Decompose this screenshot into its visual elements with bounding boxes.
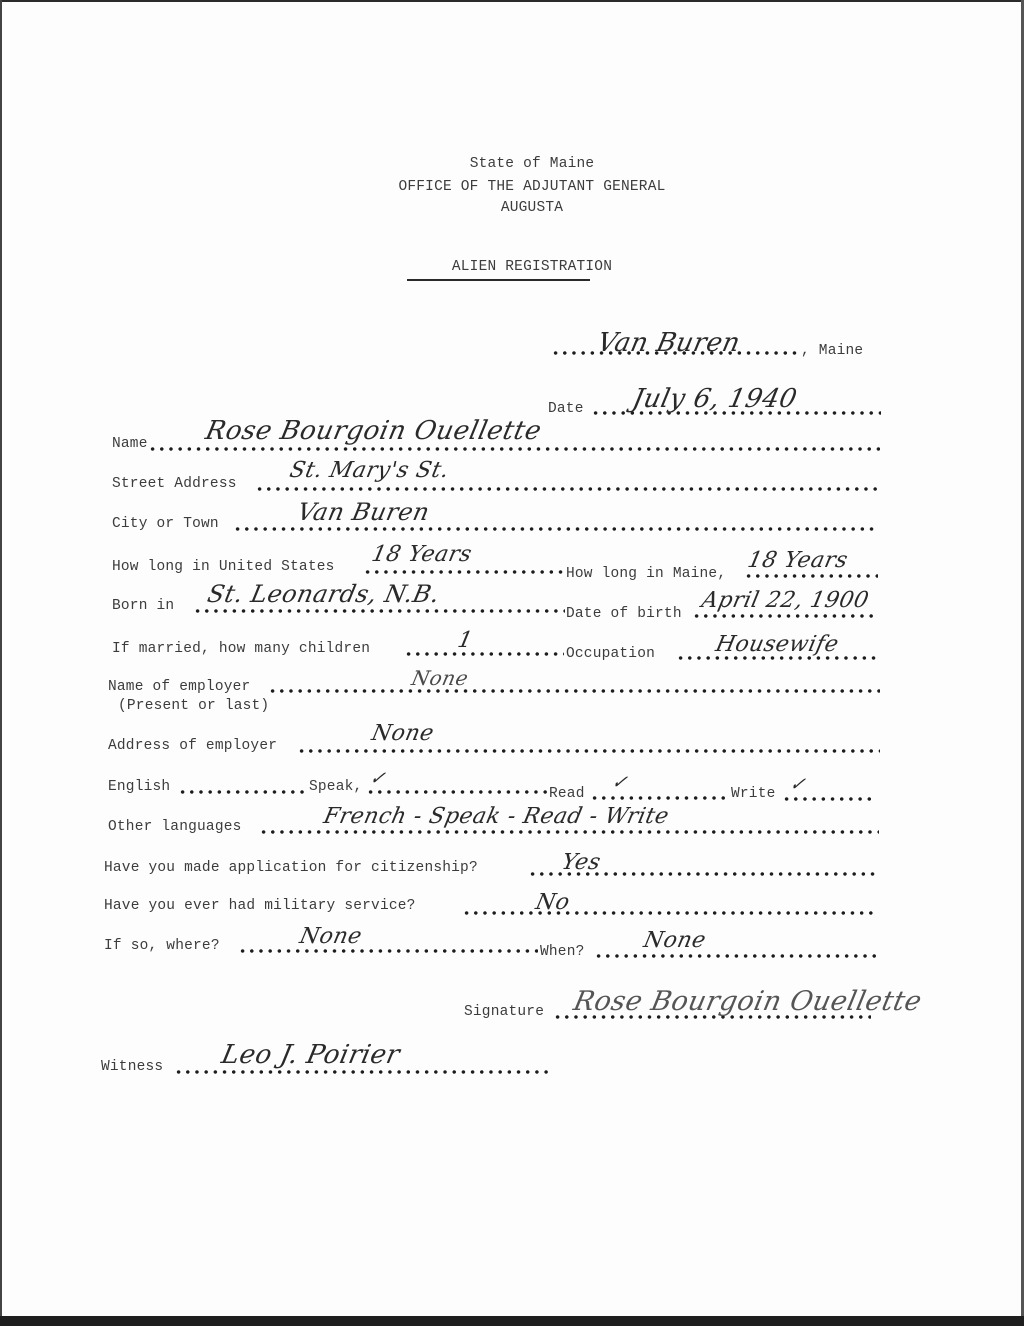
signature-label: Signature: [464, 1004, 544, 1020]
employer-name-sublabel: (Present or last): [118, 698, 269, 714]
header-city: AUGUSTA: [0, 200, 1024, 216]
english-label: English: [108, 779, 170, 795]
name-value: Rose Bourgoin Ouellette: [203, 416, 544, 446]
service-when-label: When?: [540, 944, 585, 960]
service-when-dotted-line: [594, 953, 878, 959]
name-label: Name: [112, 436, 148, 452]
english-write-dotted-line: [782, 796, 872, 802]
employer-name-value: None: [409, 666, 470, 690]
date-of-birth-dotted-line: [692, 613, 878, 619]
citizenship-value: Yes: [559, 850, 603, 875]
header-office: OFFICE OF THE ADJUTANT GENERAL: [0, 179, 1024, 195]
military-service-dotted-line: [462, 910, 878, 916]
service-where-label: If so, where?: [104, 938, 220, 954]
scan-border-top: [0, 0, 1024, 2]
date-of-birth-label: Date of birth: [566, 606, 682, 622]
employer-name-label: Name of employer: [108, 679, 250, 695]
date-of-birth-value: April 22, 1900: [699, 588, 871, 613]
children-label: If married, how many children: [112, 641, 370, 657]
employer-address-label: Address of employer: [108, 738, 277, 754]
english-speak-label: Speak,: [309, 779, 362, 795]
other-languages-label: Other languages: [108, 819, 242, 835]
name-dotted-line: [148, 446, 880, 452]
military-service-label: Have you ever had military service?: [104, 898, 416, 914]
service-where-dotted-line: [238, 948, 538, 954]
place-state-label: , Maine: [801, 343, 863, 359]
years-in-us-dotted-line: [363, 569, 565, 575]
city-label: City or Town: [112, 516, 219, 532]
children-dotted-line: [404, 651, 564, 657]
employer-name-dotted-line: [268, 688, 880, 694]
service-when-value: None: [641, 928, 708, 953]
occupation-value: Housewife: [713, 632, 841, 657]
occupation-label: Occupation: [566, 646, 655, 662]
english-read-dotted-line: [590, 795, 730, 801]
military-service-value: No: [533, 890, 572, 915]
city-dotted-line: [233, 526, 879, 532]
english-write-label: Write: [731, 786, 776, 802]
born-in-label: Born in: [112, 598, 174, 614]
date-label: Date: [548, 401, 584, 417]
english-write-check: ✓: [788, 774, 808, 795]
street-address-label: Street Address: [112, 476, 237, 492]
years-in-us-label: How long in United States: [112, 559, 335, 575]
born-in-value: St. Leonards, N.B.: [205, 580, 442, 608]
witness-value: Leo J. Poirier: [219, 1040, 403, 1070]
english-speak-check: ✓: [368, 768, 388, 789]
street-address-dotted-line: [255, 486, 879, 492]
english-read-check: ✓: [610, 772, 630, 793]
other-languages-value: French - Speak - Read - Write: [321, 804, 671, 829]
form-title-underline: [407, 279, 590, 281]
english-speak-dotted-line: [366, 789, 548, 795]
years-in-maine-dotted-line: [744, 573, 878, 579]
english-read-label: Read: [549, 786, 585, 802]
years-in-maine-value: 18 Years: [745, 548, 850, 573]
scan-border-bottom: [0, 1316, 1024, 1326]
born-in-dotted-line: [193, 608, 565, 614]
place-town-value: Van Buren: [595, 328, 743, 358]
citizenship-label: Have you made application for citizenshi…: [104, 860, 478, 876]
years-in-maine-label: How long in Maine,: [566, 566, 726, 582]
employer-address-value: None: [369, 721, 436, 746]
english-dotted-line: [178, 789, 308, 795]
form-title: ALIEN REGISTRATION: [0, 259, 1024, 275]
children-value: 1: [455, 628, 475, 653]
scan-border-left: [0, 0, 2, 1326]
city-value: Van Buren: [295, 498, 432, 526]
date-value: July 6, 1940: [630, 384, 800, 414]
service-where-value: None: [297, 924, 364, 949]
years-in-us-value: 18 Years: [369, 542, 474, 567]
street-address-value: St. Mary's St.: [287, 458, 451, 483]
witness-label: Witness: [101, 1059, 163, 1075]
header-state: State of Maine: [0, 156, 1024, 172]
employer-address-dotted-line: [297, 748, 880, 754]
signature-value: Rose Bourgoin Ouellette: [571, 986, 925, 1017]
other-languages-dotted-line: [259, 829, 879, 835]
